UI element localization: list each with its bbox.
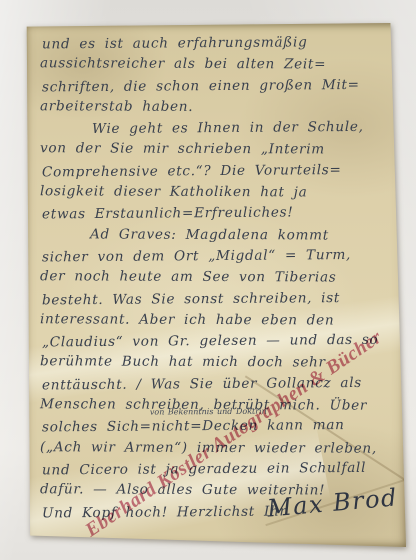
handwriting-line: schriften, die schon einen großen Mit= bbox=[42, 74, 402, 98]
handwriting-line: von der Sie mir schrieben „Interim bbox=[40, 139, 402, 162]
handwriting-line: losigkeit dieser Katholiken hat ja bbox=[40, 181, 402, 204]
handwriting-line: arbeiterstab haben. bbox=[40, 96, 402, 119]
handwriting-line: berühmte Buch hat mich doch sehr bbox=[40, 352, 402, 375]
handwriting-line: Ad Graves: Magdalena kommt bbox=[40, 224, 402, 247]
handwritten-text-block: und es ist auch erfahrungsmäßig aussicht… bbox=[40, 33, 402, 523]
paper-shadow-wrap: und es ist auch erfahrungsmäßig aussicht… bbox=[0, 0, 416, 560]
handwriting-line: Wie geht es Ihnen in der Schule, bbox=[42, 117, 402, 141]
handwriting-line: „Claudius“ von Gr. gelesen — und das so bbox=[42, 330, 402, 354]
handwriting-line: von Bekenntnis und Doktrinsolches Sich=n… bbox=[42, 415, 402, 439]
interlinear-insertion: von Bekenntnis und Doktrin bbox=[150, 408, 267, 417]
handwriting-line: enttäuscht. / Was Sie über Gollancz als bbox=[42, 372, 402, 396]
handwriting-line: besteht. Was Sie sonst schreiben, ist bbox=[42, 287, 402, 311]
handwriting-line: aussichtsreicher als bei alten Zeit= bbox=[40, 54, 402, 77]
handwriting-line: etwas Erstaunlich=Erfreuliches! bbox=[42, 202, 402, 226]
letter-paper: und es ist auch erfahrungsmäßig aussicht… bbox=[26, 23, 406, 547]
handwriting-line: und es ist auch erfahrungsmäßig bbox=[42, 32, 402, 56]
handwriting-line: der noch heute am See von Tiberias bbox=[40, 266, 402, 289]
handwriting-line: interessant. Aber ich habe eben den bbox=[40, 309, 402, 332]
handwriting-line: Comprehensive etc.“? Die Vorurteils= bbox=[42, 159, 402, 183]
handwriting-line: sicher von dem Ort „Migdal“ = Turm, bbox=[42, 245, 402, 269]
handwriting-line: und Cicero ist ja geradezu ein Schulfall bbox=[42, 458, 402, 482]
handwriting-line-text: solches Sich=nicht=Decken kann man bbox=[42, 417, 345, 435]
scanned-letter: und es ist auch erfahrungsmäßig aussicht… bbox=[0, 0, 416, 560]
handwriting-line: („Ach wir Armen“) immer wieder erleben, bbox=[40, 437, 402, 460]
